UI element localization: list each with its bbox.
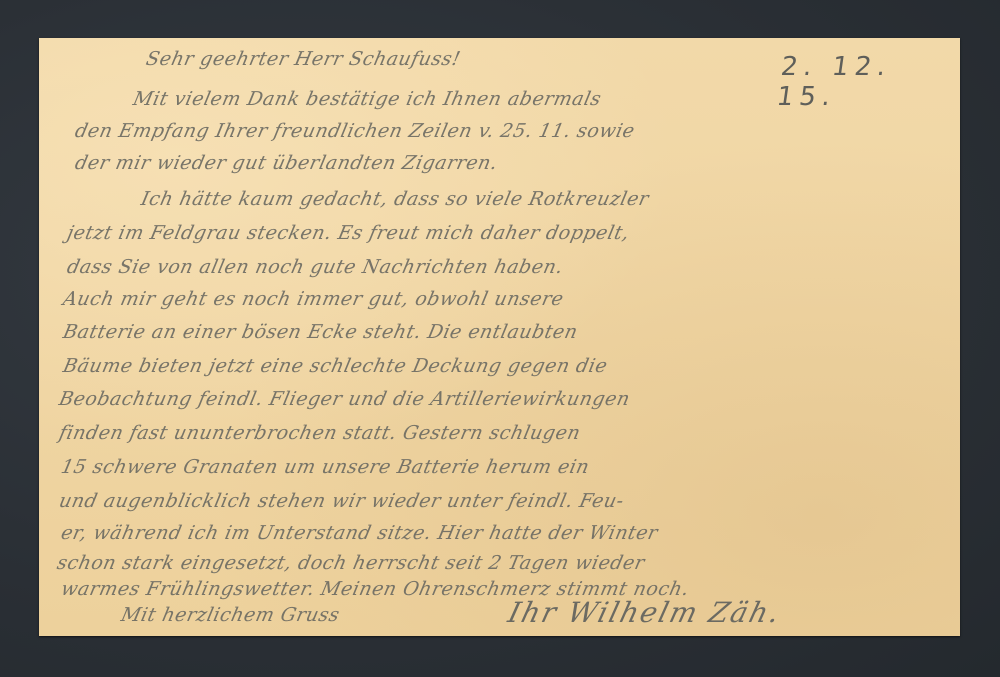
letter-line: jetzt im Feldgrau stecken. Es freut mich…: [65, 222, 632, 244]
letter-line: den Empfang Ihrer freundlichen Zeilen v.…: [73, 120, 637, 142]
salutation: Sehr geehrter Herr Schaufuss!: [144, 48, 463, 70]
signature: Ihr Wilhelm Zäh.: [505, 596, 785, 629]
letter-line: 15 schwere Granaten um unsere Batterie h…: [59, 456, 592, 478]
letter-line: und augenblicklich stehen wir wieder unt…: [57, 490, 626, 512]
letter-line: Mit vielem Dank bestätige ich Ihnen aber…: [131, 88, 603, 110]
letter-line: Ich hätte kaum gedacht, dass so viele Ro…: [139, 188, 651, 210]
letter-line: finden fast ununterbrochen statt. Gester…: [57, 422, 583, 444]
letter-line: schon stark eingesetzt, doch herrscht se…: [55, 552, 647, 574]
letter-line: Beobachtung feindl. Flieger und die Arti…: [57, 388, 632, 410]
letter-line: Auch mir geht es noch immer gut, obwohl …: [61, 288, 566, 310]
letter-line: der mir wieder gut überlandten Zigarren.: [73, 152, 500, 174]
letter-line: er, während ich im Unterstand sitze. Hie…: [59, 522, 660, 544]
letter-line: Batterie an einer bösen Ecke steht. Die …: [61, 321, 580, 343]
letter-line: dass Sie von allen noch gute Nachrichten…: [65, 256, 565, 278]
postcard: 2. 12. 15. Sehr geehrter Herr Schaufuss!…: [39, 38, 960, 636]
postcard-date: 2. 12. 15.: [775, 52, 964, 112]
letter-line: Bäume bieten jetzt eine schlechte Deckun…: [61, 355, 610, 377]
closing: Mit herzlichem Gruss: [119, 604, 342, 626]
